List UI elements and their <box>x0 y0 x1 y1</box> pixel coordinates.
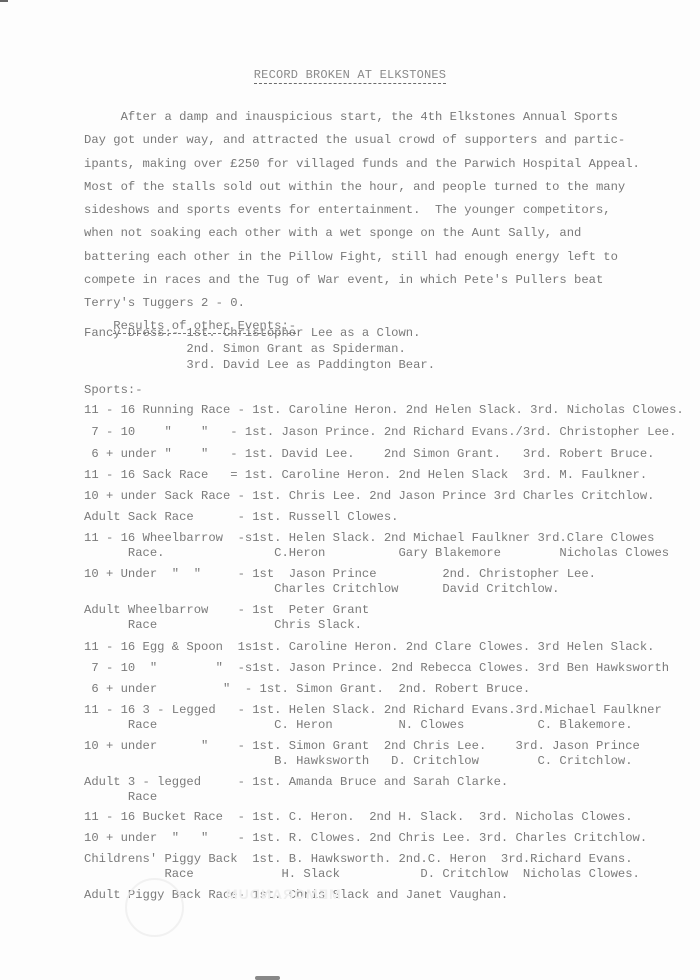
sports-result-line: Adult 3 - legged - 1st. Amanda Bruce and… <box>84 775 694 790</box>
paragraph-line: Day got under way, and attracted the usu… <box>84 129 654 152</box>
sports-result-entry: 6 + under " " - 1st. David Lee. 2nd Simo… <box>84 447 694 462</box>
sports-result-line: 11 - 16 Wheelbarrow -s1st. Helen Slack. … <box>84 531 694 546</box>
scan-corner-mark <box>0 0 8 2</box>
sports-result-line: 6 + under " " - 1st. David Lee. 2nd Simo… <box>84 447 694 462</box>
sports-result-line: 10 + under Sack Race - 1st. Chris Lee. 2… <box>84 489 694 504</box>
sports-result-line: 11 - 16 Bucket Race - 1st. C. Heron. 2nd… <box>84 810 694 825</box>
sports-result-line: Race Chris Slack. <box>84 618 694 633</box>
paragraph-line: Most of the stalls sold out within the h… <box>84 176 654 199</box>
sports-result-entry: 10 + under " " - 1st. R. Clowes. 2nd Chr… <box>84 831 694 846</box>
document-title-text: RECORD BROKEN AT ELKSTONES <box>254 68 446 84</box>
sports-result-entry: 10 + under " - 1st. Simon Grant 2nd Chri… <box>84 739 694 769</box>
sports-result-entry: 6 + under " - 1st. Simon Grant. 2nd. Rob… <box>84 682 694 697</box>
paragraph-line: compete in races and the Tug of War even… <box>84 269 654 292</box>
fancy-dress-row: 3rd. David Lee as Paddington Bear. <box>84 357 435 373</box>
sports-result-line: 11 - 16 3 - Legged - 1st. Helen Slack. 2… <box>84 703 694 718</box>
sports-result-line: 11 - 16 Egg & Spoon 1s1st. Caroline Hero… <box>84 640 694 655</box>
sports-result-line: Race <box>84 790 694 805</box>
sports-result-line: 7 - 10 " " -s1st. Jason Prince. 2nd Rebe… <box>84 661 694 676</box>
paragraph-line: when not soaking each other with a wet s… <box>84 222 654 245</box>
sports-result-entry: 11 - 16 Egg & Spoon 1s1st. Caroline Hero… <box>84 640 694 655</box>
sports-label: Sports:- <box>84 383 143 397</box>
sports-result-line: Race. C.Heron Gary Blakemore Nicholas Cl… <box>84 546 694 561</box>
sports-result-line: Race C. Heron N. Clowes C. Blakemore. <box>84 718 694 733</box>
scan-edge-mark <box>255 976 280 980</box>
intro-paragraph: After a damp and inauspicious start, the… <box>84 106 654 316</box>
fancy-dress-row: 2nd. Simon Grant as Spiderman. <box>84 341 435 357</box>
sports-result-line: 10 + under " - 1st. Simon Grant 2nd Chri… <box>84 739 694 754</box>
paragraph-line: After a damp and inauspicious start, the… <box>84 106 654 129</box>
paragraph-line: battering each other in the Pillow Fight… <box>84 246 654 269</box>
paragraph-line: ipants, making over £250 for villaged fu… <box>84 153 654 176</box>
sports-result-line: Childrens' Piggy Back 1st. B. Hawksworth… <box>84 852 694 867</box>
sports-result-line: 10 + under " " - 1st. R. Clowes. 2nd Chr… <box>84 831 694 846</box>
document-page: RECORD BROKEN AT ELKSTONES After a damp … <box>0 0 700 980</box>
fancy-dress-results: Fancy Dress:- 1st. Christopher Lee as a … <box>84 325 435 373</box>
sports-result-line: Adult Wheelbarrow - 1st Peter Grant <box>84 603 694 618</box>
sports-result-entry: 7 - 10 " " -s1st. Jason Prince. 2nd Rebe… <box>84 661 694 676</box>
sports-result-line: 11 - 16 Running Race - 1st. Caroline Her… <box>84 403 694 418</box>
sports-result-entry: Adult Sack Race - 1st. Russell Clowes. <box>84 510 694 525</box>
sports-result-entry: 11 - 16 Running Race - 1st. Caroline Her… <box>84 403 694 418</box>
sports-result-entry: 7 - 10 " " - 1st. Jason Prince. 2nd Rich… <box>84 425 694 440</box>
sports-result-line: Race H. Slack D. Critchlow Nicholas Clow… <box>84 867 694 882</box>
sports-result-line: 7 - 10 " " - 1st. Jason Prince. 2nd Rich… <box>84 425 694 440</box>
sports-result-line: B. Hawksworth D. Critchlow C. Critchlow. <box>84 754 694 769</box>
document-title: RECORD BROKEN AT ELKSTONES <box>0 68 700 82</box>
sports-result-entry: 11 - 16 Wheelbarrow -s1st. Helen Slack. … <box>84 531 694 561</box>
sports-result-line: Adult Sack Race - 1st. Russell Clowes. <box>84 510 694 525</box>
sports-result-entry: 11 - 16 Bucket Race - 1st. C. Heron. 2nd… <box>84 810 694 825</box>
faded-watermark-text: MEMORANDUM <box>225 886 341 902</box>
sports-result-entry: 11 - 16 Sack Race = 1st. Caroline Heron.… <box>84 468 694 483</box>
fancy-dress-row: Fancy Dress:- 1st. Christopher Lee as a … <box>84 325 435 341</box>
sports-result-line: 11 - 16 Sack Race = 1st. Caroline Heron.… <box>84 468 694 483</box>
sports-result-line: 6 + under " - 1st. Simon Grant. 2nd. Rob… <box>84 682 694 697</box>
sports-result-entry: 10 + under Sack Race - 1st. Chris Lee. 2… <box>84 489 694 504</box>
sports-result-line: 10 + Under " " - 1st Jason Prince 2nd. C… <box>84 567 694 582</box>
faded-stamp-mark <box>125 878 184 937</box>
paragraph-line: sideshows and sports events for entertai… <box>84 199 654 222</box>
sports-result-entry: Childrens' Piggy Back 1st. B. Hawksworth… <box>84 852 694 882</box>
sports-result-entry: Adult Wheelbarrow - 1st Peter Grant Race… <box>84 603 694 633</box>
sports-result-line: Charles Critchlow David Critchlow. <box>84 582 694 597</box>
sports-result-entry: 10 + Under " " - 1st Jason Prince 2nd. C… <box>84 567 694 597</box>
sports-result-entry: 11 - 16 3 - Legged - 1st. Helen Slack. 2… <box>84 703 694 733</box>
sports-result-entry: Adult 3 - legged - 1st. Amanda Bruce and… <box>84 775 694 805</box>
